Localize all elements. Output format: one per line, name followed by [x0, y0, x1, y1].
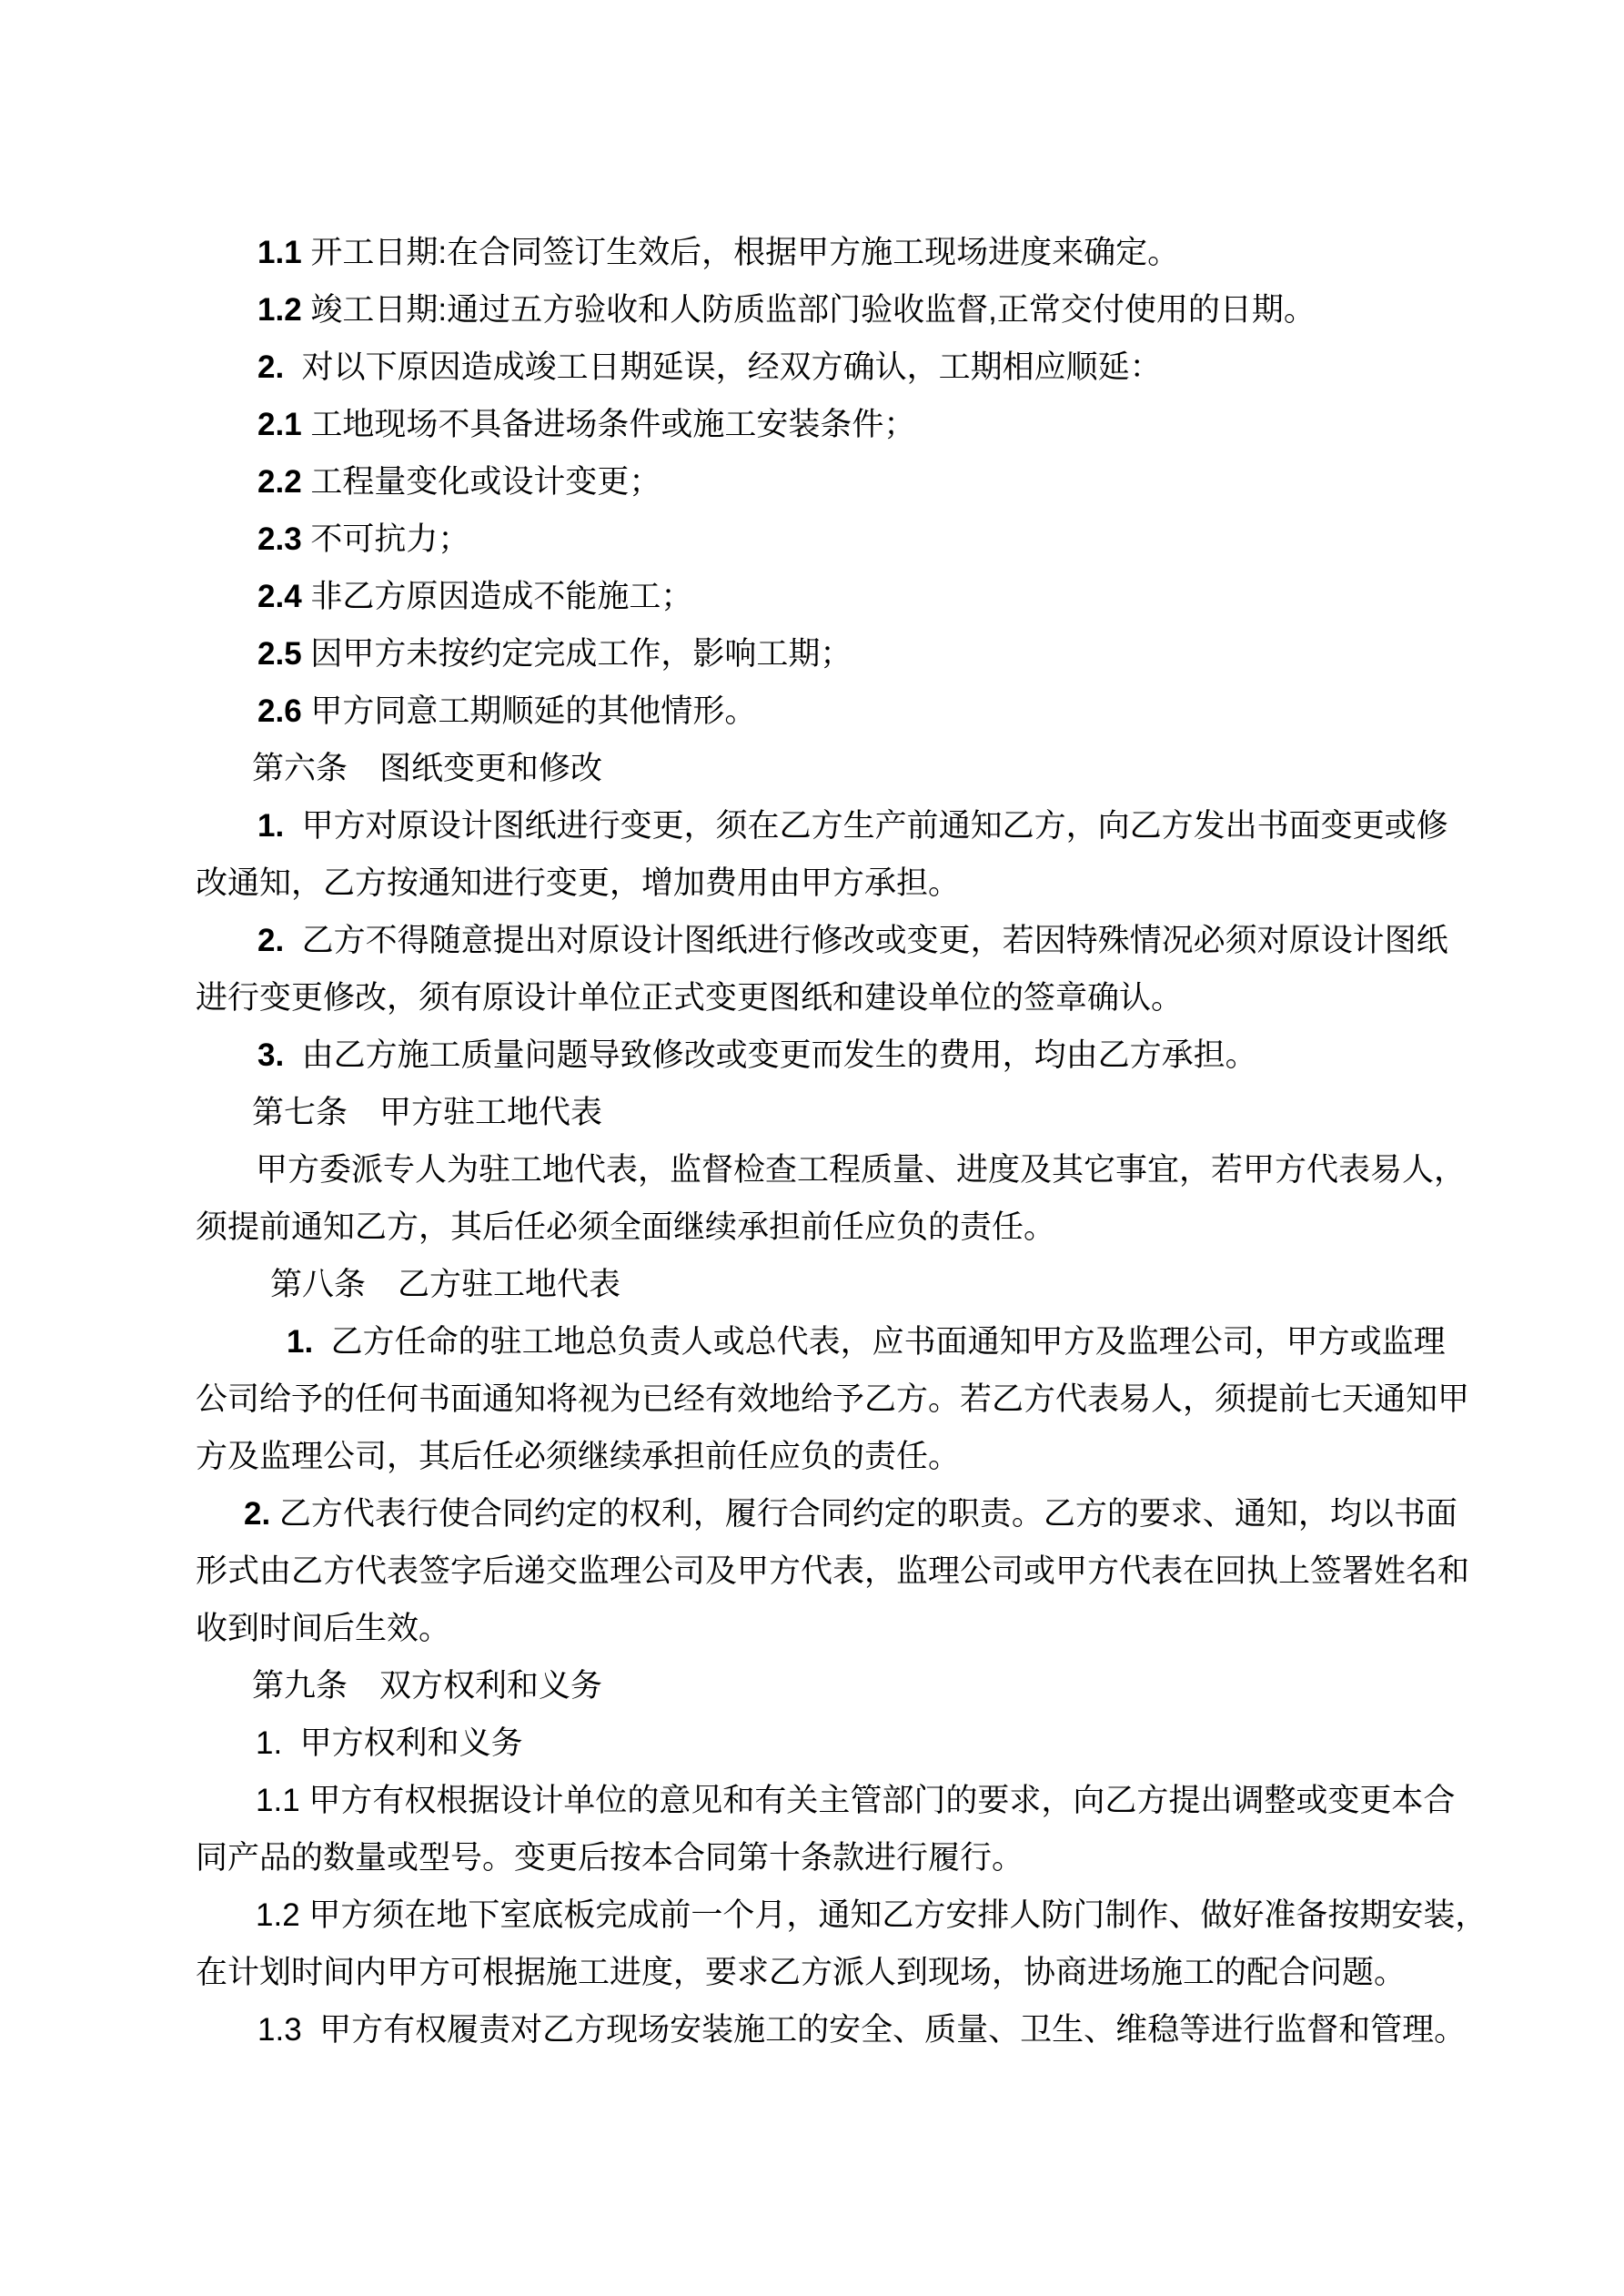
clause-text: 形式由乙方代表签字后递交监理公司及甲方代表，监理公司或甲方代表在回执上签署姓名和	[196, 1553, 1469, 1589]
clause-text: 第九条 双方权利和义务	[252, 1668, 602, 1704]
text-line: 第六条 图纸变更和修改	[196, 740, 1428, 797]
text-line: 3. 由乙方施工质量问题导致修改或变更而发生的费用，均由乙方承担。	[196, 1027, 1428, 1084]
text-line: 形式由乙方代表签字后递交监理公司及甲方代表，监理公司或甲方代表在回执上签署姓名和	[196, 1542, 1428, 1600]
text-line: 收到时间后生效。	[196, 1600, 1428, 1657]
text-line: 2.6 甲方同意工期顺延的其他情形。	[196, 683, 1428, 740]
clause-text: 乙方任命的驻工地总负责人或总代表，应书面通知甲方及监理公司，甲方或监理	[313, 1324, 1445, 1360]
clause-text: 同产品的数量或型号。变更后按本合同第十条款进行履行。	[196, 1840, 1024, 1876]
clause-number: 2.	[257, 923, 284, 958]
clause-number: 1.	[256, 1725, 282, 1761]
clause-text: 方及监理公司，其后任必须继续承担前任应负的责任。	[196, 1439, 960, 1474]
clause-number: 1.1	[257, 235, 302, 270]
text-line: 第八条 乙方驻工地代表	[196, 1256, 1428, 1313]
clause-text: 由乙方施工质量问题导致修改或变更而发生的费用，均由乙方承担。	[284, 1037, 1256, 1073]
text-line: 2.3 不可抗力；	[196, 511, 1428, 568]
clause-number: 1.1	[256, 1783, 300, 1818]
clause-number: 1.	[287, 1324, 313, 1360]
clause-number: 2.2	[257, 464, 302, 500]
text-line: 甲方委派专人为驻工地代表，监督检查工程质量、进度及其它事宜，若甲方代表易人，	[196, 1141, 1428, 1199]
text-line: 进行变更修改，须有原设计单位正式变更图纸和建设单位的签章确认。	[196, 969, 1428, 1027]
clause-number: 2.5	[257, 636, 302, 672]
clause-text: 开工日期:在合同签订生效后，根据甲方施工现场进度来确定。	[302, 235, 1179, 270]
text-line: 2. 乙方不得随意提出对原设计图纸进行修改或变更，若因特殊情况必须对原设计图纸	[196, 912, 1428, 969]
text-line: 公司给予的任何书面通知将视为已经有效地给予乙方。若乙方代表易人，须提前七天通知甲	[196, 1371, 1428, 1428]
clause-text: 甲方同意工期顺延的其他情形。	[302, 693, 757, 729]
clause-text: 竣工日期:通过五方验收和人防质监部门验收监督,正常交付使用的日期。	[302, 292, 1316, 328]
clause-text: 非乙方原因造成不能施工；	[302, 579, 693, 614]
clause-number: 2.1	[257, 407, 302, 442]
clause-text: 进行变更修改，须有原设计单位正式变更图纸和建设单位的签章确认。	[196, 980, 1183, 1016]
text-line: 1. 甲方对原设计图纸进行变更，须在乙方生产前通知乙方，向乙方发出书面变更或修	[196, 797, 1428, 855]
clause-number: 3.	[257, 1037, 284, 1073]
document-body: 1.1 开工日期:在合同签订生效后，根据甲方施工现场进度来确定。1.2 竣工日期…	[196, 224, 1428, 2058]
text-line: 2. 对以下原因造成竣工日期延误，经双方确认，工期相应顺延：	[196, 339, 1428, 396]
text-line: 1.2 竣工日期:通过五方验收和人防质监部门验收监督,正常交付使用的日期。	[196, 281, 1428, 339]
clause-text: 甲方委派专人为驻工地代表，监督检查工程质量、进度及其它事宜，若甲方代表易人，	[256, 1152, 1466, 1188]
clause-number: 2.	[257, 349, 284, 385]
text-line: 1.3 甲方有权履责对乙方现场安装施工的安全、质量、卫生、维稳等进行监督和管理。	[196, 2001, 1428, 2058]
text-line: 1. 乙方任命的驻工地总负责人或总代表，应书面通知甲方及监理公司，甲方或监理	[196, 1313, 1428, 1371]
clause-text: 第八条 乙方驻工地代表	[270, 1267, 620, 1302]
text-line: 1. 甲方权利和义务	[196, 1714, 1428, 1772]
clause-number: 1.2	[256, 1897, 300, 1933]
clause-text: 在计划时间内甲方可根据施工进度，要求乙方派人到现场，协商进场施工的配合问题。	[196, 1955, 1406, 1990]
clause-text: 改通知，乙方按通知进行变更，增加费用由甲方承担。	[196, 865, 960, 901]
text-line: 1.1 甲方有权根据设计单位的意见和有关主管部门的要求，向乙方提出调整或变更本合	[196, 1772, 1428, 1829]
clause-text: 工程量变化或设计变更；	[302, 464, 661, 500]
clause-text: 公司给予的任何书面通知将视为已经有效地给予乙方。若乙方代表易人，须提前七天通知甲	[196, 1381, 1469, 1417]
clause-number: 1.2	[257, 292, 302, 328]
clause-number: 2.	[244, 1496, 270, 1532]
clause-text: 因甲方未按约定完成工作，影响工期；	[302, 636, 852, 672]
clause-text: 甲方有权根据设计单位的意见和有关主管部门的要求，向乙方提出调整或变更本合	[300, 1783, 1456, 1818]
clause-text: 不可抗力；	[302, 521, 470, 557]
clause-text: 甲方有权履责对乙方现场安装施工的安全、质量、卫生、维稳等进行监督和管理。	[302, 2012, 1466, 2048]
clause-number: 1.3	[257, 2012, 302, 2048]
text-line: 1.1 开工日期:在合同签订生效后，根据甲方施工现场进度来确定。	[196, 224, 1428, 281]
text-line: 改通知，乙方按通知进行变更，增加费用由甲方承担。	[196, 855, 1428, 912]
text-line: 1.2 甲方须在地下室底板完成前一个月，通知乙方安排人防门制作、做好准备按期安装…	[196, 1886, 1428, 1944]
text-line: 第九条 双方权利和义务	[196, 1657, 1428, 1714]
clause-text: 乙方不得随意提出对原设计图纸进行修改或变更，若因特殊情况必须对原设计图纸	[284, 923, 1447, 958]
text-line: 第七条 甲方驻工地代表	[196, 1084, 1428, 1141]
clause-text: 甲方对原设计图纸进行变更，须在乙方生产前通知乙方，向乙方发出书面变更或修	[284, 808, 1447, 844]
clause-text: 乙方代表行使合同约定的权利，履行合同约定的职责。乙方的要求、通知，均以书面	[270, 1496, 1458, 1532]
clause-number: 2.4	[257, 579, 302, 614]
clause-text: 第七条 甲方驻工地代表	[252, 1095, 602, 1130]
text-line: 2.5 因甲方未按约定完成工作，影响工期；	[196, 625, 1428, 683]
clause-text: 对以下原因造成竣工日期延误，经双方确认，工期相应顺延：	[284, 349, 1161, 385]
clause-text: 甲方权利和义务	[282, 1725, 522, 1761]
clause-number: 2.3	[257, 521, 302, 557]
text-line: 须提前通知乙方，其后任必须全面继续承担前任应负的责任。	[196, 1199, 1428, 1256]
text-line: 同产品的数量或型号。变更后按本合同第十条款进行履行。	[196, 1829, 1428, 1886]
clause-number: 1.	[257, 808, 284, 844]
text-line: 在计划时间内甲方可根据施工进度，要求乙方派人到现场，协商进场施工的配合问题。	[196, 1944, 1428, 2001]
text-line: 2.2 工程量变化或设计变更；	[196, 453, 1428, 511]
text-line: 方及监理公司，其后任必须继续承担前任应负的责任。	[196, 1428, 1428, 1485]
document-page: 1.1 开工日期:在合同签订生效后，根据甲方施工现场进度来确定。1.2 竣工日期…	[0, 0, 1624, 2296]
clause-text: 须提前通知乙方，其后任必须全面继续承担前任应负的责任。	[196, 1209, 1055, 1245]
text-line: 2.1 工地现场不具备进场条件或施工安装条件；	[196, 396, 1428, 453]
clause-text: 第六条 图纸变更和修改	[252, 751, 602, 786]
clause-text: 工地现场不具备进场条件或施工安装条件；	[302, 407, 916, 442]
text-line: 2. 乙方代表行使合同约定的权利，履行合同约定的职责。乙方的要求、通知，均以书面	[196, 1485, 1428, 1542]
text-line: 2.4 非乙方原因造成不能施工；	[196, 568, 1428, 625]
clause-text: 甲方须在地下室底板完成前一个月，通知乙方安排人防门制作、做好准备按期安装，	[300, 1897, 1488, 1933]
clause-number: 2.6	[257, 693, 302, 729]
clause-text: 收到时间后生效。	[196, 1611, 450, 1646]
